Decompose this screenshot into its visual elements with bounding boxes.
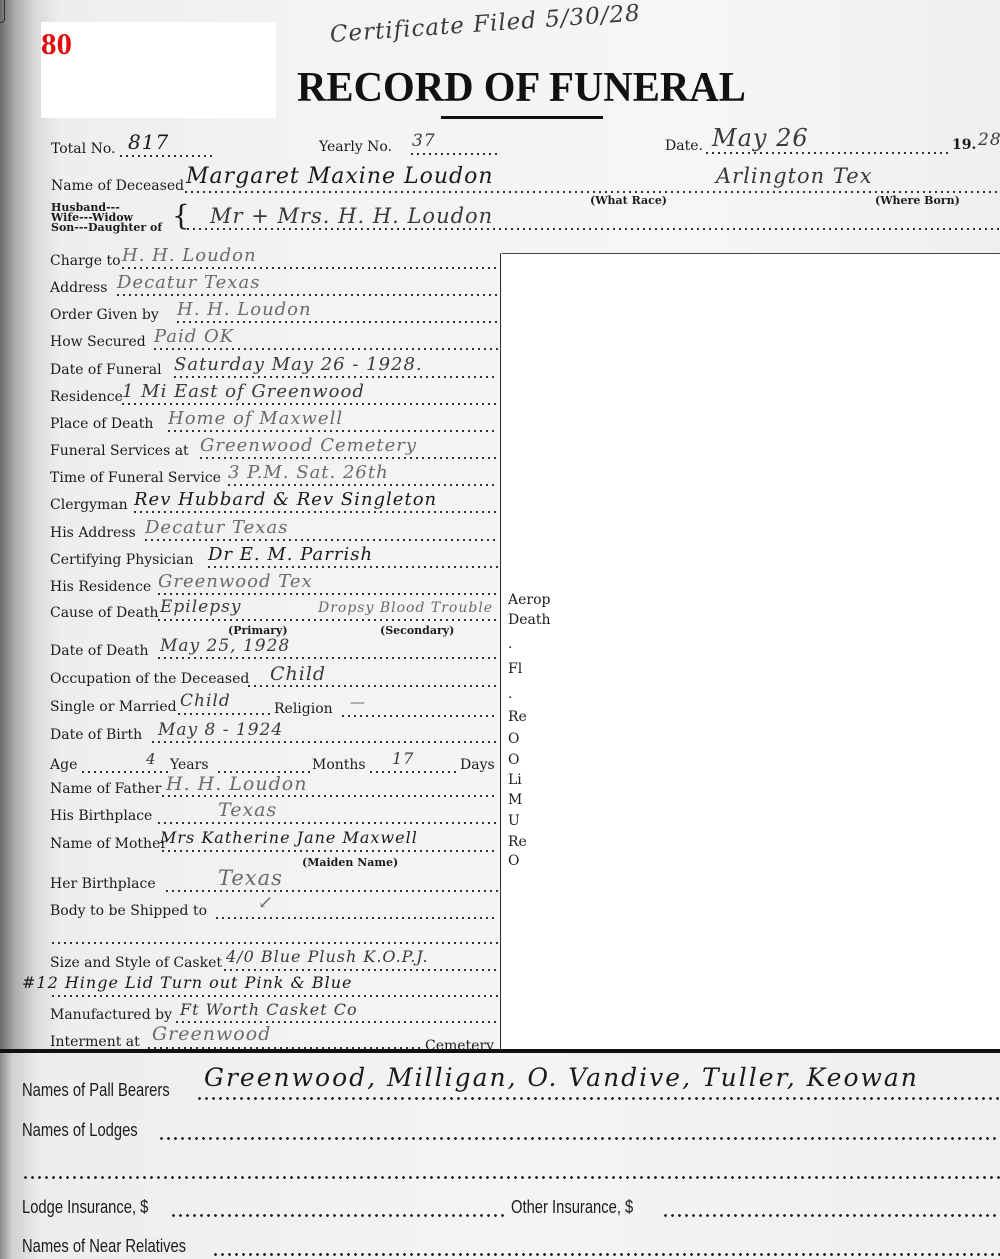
how-secured-dots — [152, 348, 498, 350]
name-of-deceased-value: Margaret Maxine Loudon — [186, 164, 494, 189]
charge-to-label: Charge to — [50, 253, 121, 269]
single-or-married-dots — [176, 713, 270, 715]
body-shipped-dots — [214, 917, 498, 919]
how-secured-label: How Secured — [50, 334, 146, 350]
record-index-number: 80 — [41, 26, 72, 62]
cause-of-death-label: Cause of Death — [50, 605, 159, 621]
near-relatives-dots — [212, 1253, 1000, 1256]
other-insurance-label: Other Insurance, $ — [511, 1197, 633, 1218]
his-residence-label: His Residence — [50, 579, 151, 595]
pall-bearers-label: Names of Pall Bearers — [22, 1080, 170, 1101]
body-shipped-label: Body to be Shipped to — [50, 903, 207, 919]
name-of-mother-dots — [160, 850, 498, 852]
side-column-fragment: Death — [508, 612, 551, 628]
year-value: 28 — [978, 130, 1000, 150]
date-of-death-dots — [156, 657, 498, 659]
charge-to-value: H. H. Loudon — [122, 245, 257, 266]
age-days-value: 17 — [392, 749, 414, 768]
residence-value: 1 Mi East of Greenwood — [122, 381, 365, 402]
where-born-caption: (Where Born) — [875, 195, 960, 206]
total-no-value: 817 — [128, 130, 169, 154]
date-of-funeral-value: Saturday May 26 - 1928. — [174, 354, 423, 375]
date-of-birth-dots — [150, 741, 498, 743]
religion-dots — [340, 715, 498, 717]
residence-dots — [120, 403, 498, 405]
his-residence-value: Greenwood Tex — [158, 571, 313, 592]
certifying-physician-label: Certifying Physician — [50, 552, 193, 568]
lodges-dots — [158, 1137, 1000, 1140]
order-given-by-label: Order Given by — [50, 307, 159, 323]
months-label: Months — [312, 757, 366, 773]
address-value: Decatur Texas — [117, 272, 260, 293]
casket-dots — [222, 969, 498, 971]
body-shipped-value: ↙ — [258, 892, 274, 913]
clergyman-label: Clergyman — [50, 497, 128, 513]
manufactured-by-label: Manufactured by — [50, 1007, 172, 1023]
casket-extra-dots — [50, 995, 498, 997]
order-given-by-value: H. H. Loudon — [177, 299, 312, 320]
lodges-label: Names of Lodges — [22, 1120, 138, 1141]
total-no-dots — [118, 155, 214, 157]
title-underline — [441, 116, 603, 119]
address-dots — [115, 294, 498, 296]
secondary-caption: (Secondary) — [380, 625, 454, 636]
side-column-fragment: . — [508, 636, 512, 652]
her-birthplace-value: Texas — [218, 866, 283, 890]
age-days-dots — [368, 771, 458, 773]
certifying-physician-value: Dr E. M. Parrish — [208, 544, 373, 565]
casket-extra-value: #12 Hinge Lid Turn out Pink & Blue — [22, 973, 353, 992]
his-birthplace-dots — [156, 822, 498, 824]
son-daughter-label: Son---Daughter of — [51, 222, 162, 233]
what-race-caption: (What Race) — [590, 195, 667, 206]
cause-primary-value: Epilepsy — [160, 597, 241, 617]
funeral-services-at-value: Greenwood Cemetery — [200, 435, 417, 456]
age-label: Age — [50, 757, 77, 773]
date-of-birth-value: May 8 - 1924 — [158, 720, 283, 740]
form-title: RECORD OF FUNERAL — [297, 64, 746, 112]
time-of-funeral-service-dots — [226, 484, 498, 486]
casket-value: 4/0 Blue Plush K.O.P.J. — [226, 947, 429, 966]
record-index-label-box — [41, 22, 276, 118]
side-column-fragment: Aerop — [508, 592, 550, 608]
name-of-father-label: Name of Father — [50, 781, 161, 797]
name-of-father-value: H. H. Loudon — [166, 773, 307, 795]
his-address-dots — [143, 539, 498, 541]
manufactured-by-value: Ft Worth Casket Co — [180, 1000, 358, 1019]
days-label: Days — [460, 757, 495, 773]
clergyman-value: Rev Hubbard & Rev Singleton — [134, 489, 437, 510]
lodges-extra-dots — [22, 1176, 1000, 1179]
funeral-record-page: 80 Certificate Filed 5/30/28 RECORD OF F… — [0, 0, 1000, 1259]
side-column-fragment: . — [508, 686, 512, 702]
side-column-fragment: Li — [508, 772, 522, 788]
pall-bearers-value: Greenwood, Milligan, O. Vandive, Tuller,… — [204, 1063, 919, 1092]
his-birthplace-value: Texas — [218, 799, 277, 821]
occupation-dots — [246, 685, 498, 687]
clergyman-dots — [132, 511, 498, 513]
total-no-label: Total No. — [51, 141, 115, 157]
side-column-fragment: Re — [508, 709, 527, 725]
occupation-value: Child — [270, 663, 326, 685]
date-of-birth-label: Date of Birth — [50, 727, 142, 743]
yearly-no-dots — [409, 153, 499, 155]
casket-label: Size and Style of Casket — [50, 955, 222, 971]
name-of-deceased-dots — [183, 191, 1000, 193]
funeral-services-at-label: Funeral Services at — [50, 443, 189, 459]
name-of-father-dots — [160, 795, 498, 797]
blank-line-dots — [50, 942, 498, 944]
address-label: Address — [50, 280, 107, 296]
place-of-death-dots — [166, 430, 498, 432]
how-secured-value: Paid OK — [154, 326, 234, 347]
cause-of-death-dots — [156, 619, 498, 621]
side-column-fragment: Re — [508, 834, 527, 850]
time-of-funeral-service-value: 3 P.M. Sat. 26th — [228, 462, 389, 483]
side-column-fragment: Fl — [508, 661, 522, 677]
age-years-value: 4 — [146, 750, 157, 768]
maiden-name-caption: (Maiden Name) — [302, 857, 398, 868]
near-relatives-label: Names of Near Relatives — [22, 1236, 186, 1257]
date-of-death-value: May 25, 1928 — [160, 636, 290, 656]
side-column-fragment: O — [508, 752, 519, 768]
lodge-insurance-label: Lodge Insurance, $ — [22, 1197, 148, 1218]
single-or-married-value: Child — [180, 691, 231, 711]
years-label: Years — [170, 757, 209, 773]
relation-value: Mr + Mrs. H. H. Loudon — [210, 204, 493, 228]
panel-top-border — [502, 253, 1000, 254]
certifying-physician-dots — [206, 566, 498, 568]
interment-label: Interment at — [50, 1034, 140, 1050]
other-insurance-dots — [662, 1214, 1000, 1217]
side-column-fragment: O — [508, 731, 519, 747]
her-birthplace-dots — [164, 890, 498, 892]
name-of-deceased-label: Name of Deceased — [51, 178, 184, 194]
his-birthplace-label: His Birthplace — [50, 808, 152, 824]
yearly-no-label: Yearly No. — [319, 139, 392, 155]
page-edge-bracket — [0, 0, 5, 23]
date-of-funeral-dots — [172, 376, 498, 378]
side-column-fragment: U — [508, 813, 520, 829]
name-of-mother-label: Name of Mother — [50, 836, 167, 852]
pall-bearers-dots — [196, 1097, 1000, 1100]
year-prefix: 19. — [952, 137, 976, 153]
name-of-mother-value: Mrs Katherine Jane Maxwell — [160, 828, 418, 847]
date-label: Date. — [665, 138, 703, 154]
certificate-filed-annotation: Certificate Filed 5/30/28 — [329, 0, 641, 48]
date-dots — [704, 152, 950, 154]
his-residence-dots — [156, 593, 498, 595]
birthplace-value: Arlington Tex — [716, 164, 873, 188]
place-of-death-value: Home of Maxwell — [168, 408, 343, 429]
lodge-insurance-dots — [170, 1214, 504, 1217]
side-column-fragment: M — [508, 792, 522, 808]
single-or-married-label: Single or Married — [50, 699, 177, 715]
yearly-no-value: 37 — [412, 131, 436, 151]
date-of-funeral-label: Date of Funeral — [50, 362, 162, 378]
residence-label: Residence — [50, 389, 123, 405]
age-years-dots — [80, 771, 168, 773]
funeral-services-at-dots — [198, 457, 498, 459]
order-given-by-dots — [175, 321, 498, 323]
cause-secondary-value: Dropsy Blood Trouble — [318, 600, 493, 616]
primary-caption: (Primary) — [228, 625, 288, 636]
occupation-label: Occupation of the Deceased — [50, 671, 249, 687]
column-divider — [500, 253, 501, 1050]
his-address-label: His Address — [50, 525, 136, 541]
interment-value: Greenwood — [152, 1023, 271, 1045]
date-value: May 26 — [712, 124, 809, 152]
religion-label: Religion — [274, 701, 333, 717]
date-of-death-label: Date of Death — [50, 643, 149, 659]
religion-value: — — [350, 693, 366, 711]
place-of-death-label: Place of Death — [50, 416, 153, 432]
charge-to-dots — [120, 267, 498, 269]
relation-dots — [185, 228, 1000, 230]
her-birthplace-label: Her Birthplace — [50, 876, 156, 892]
blank-panel — [502, 253, 1000, 1050]
his-address-value: Decatur Texas — [145, 517, 288, 538]
time-of-funeral-service-label: Time of Funeral Service — [50, 470, 221, 486]
side-column-fragment: O — [508, 853, 519, 869]
